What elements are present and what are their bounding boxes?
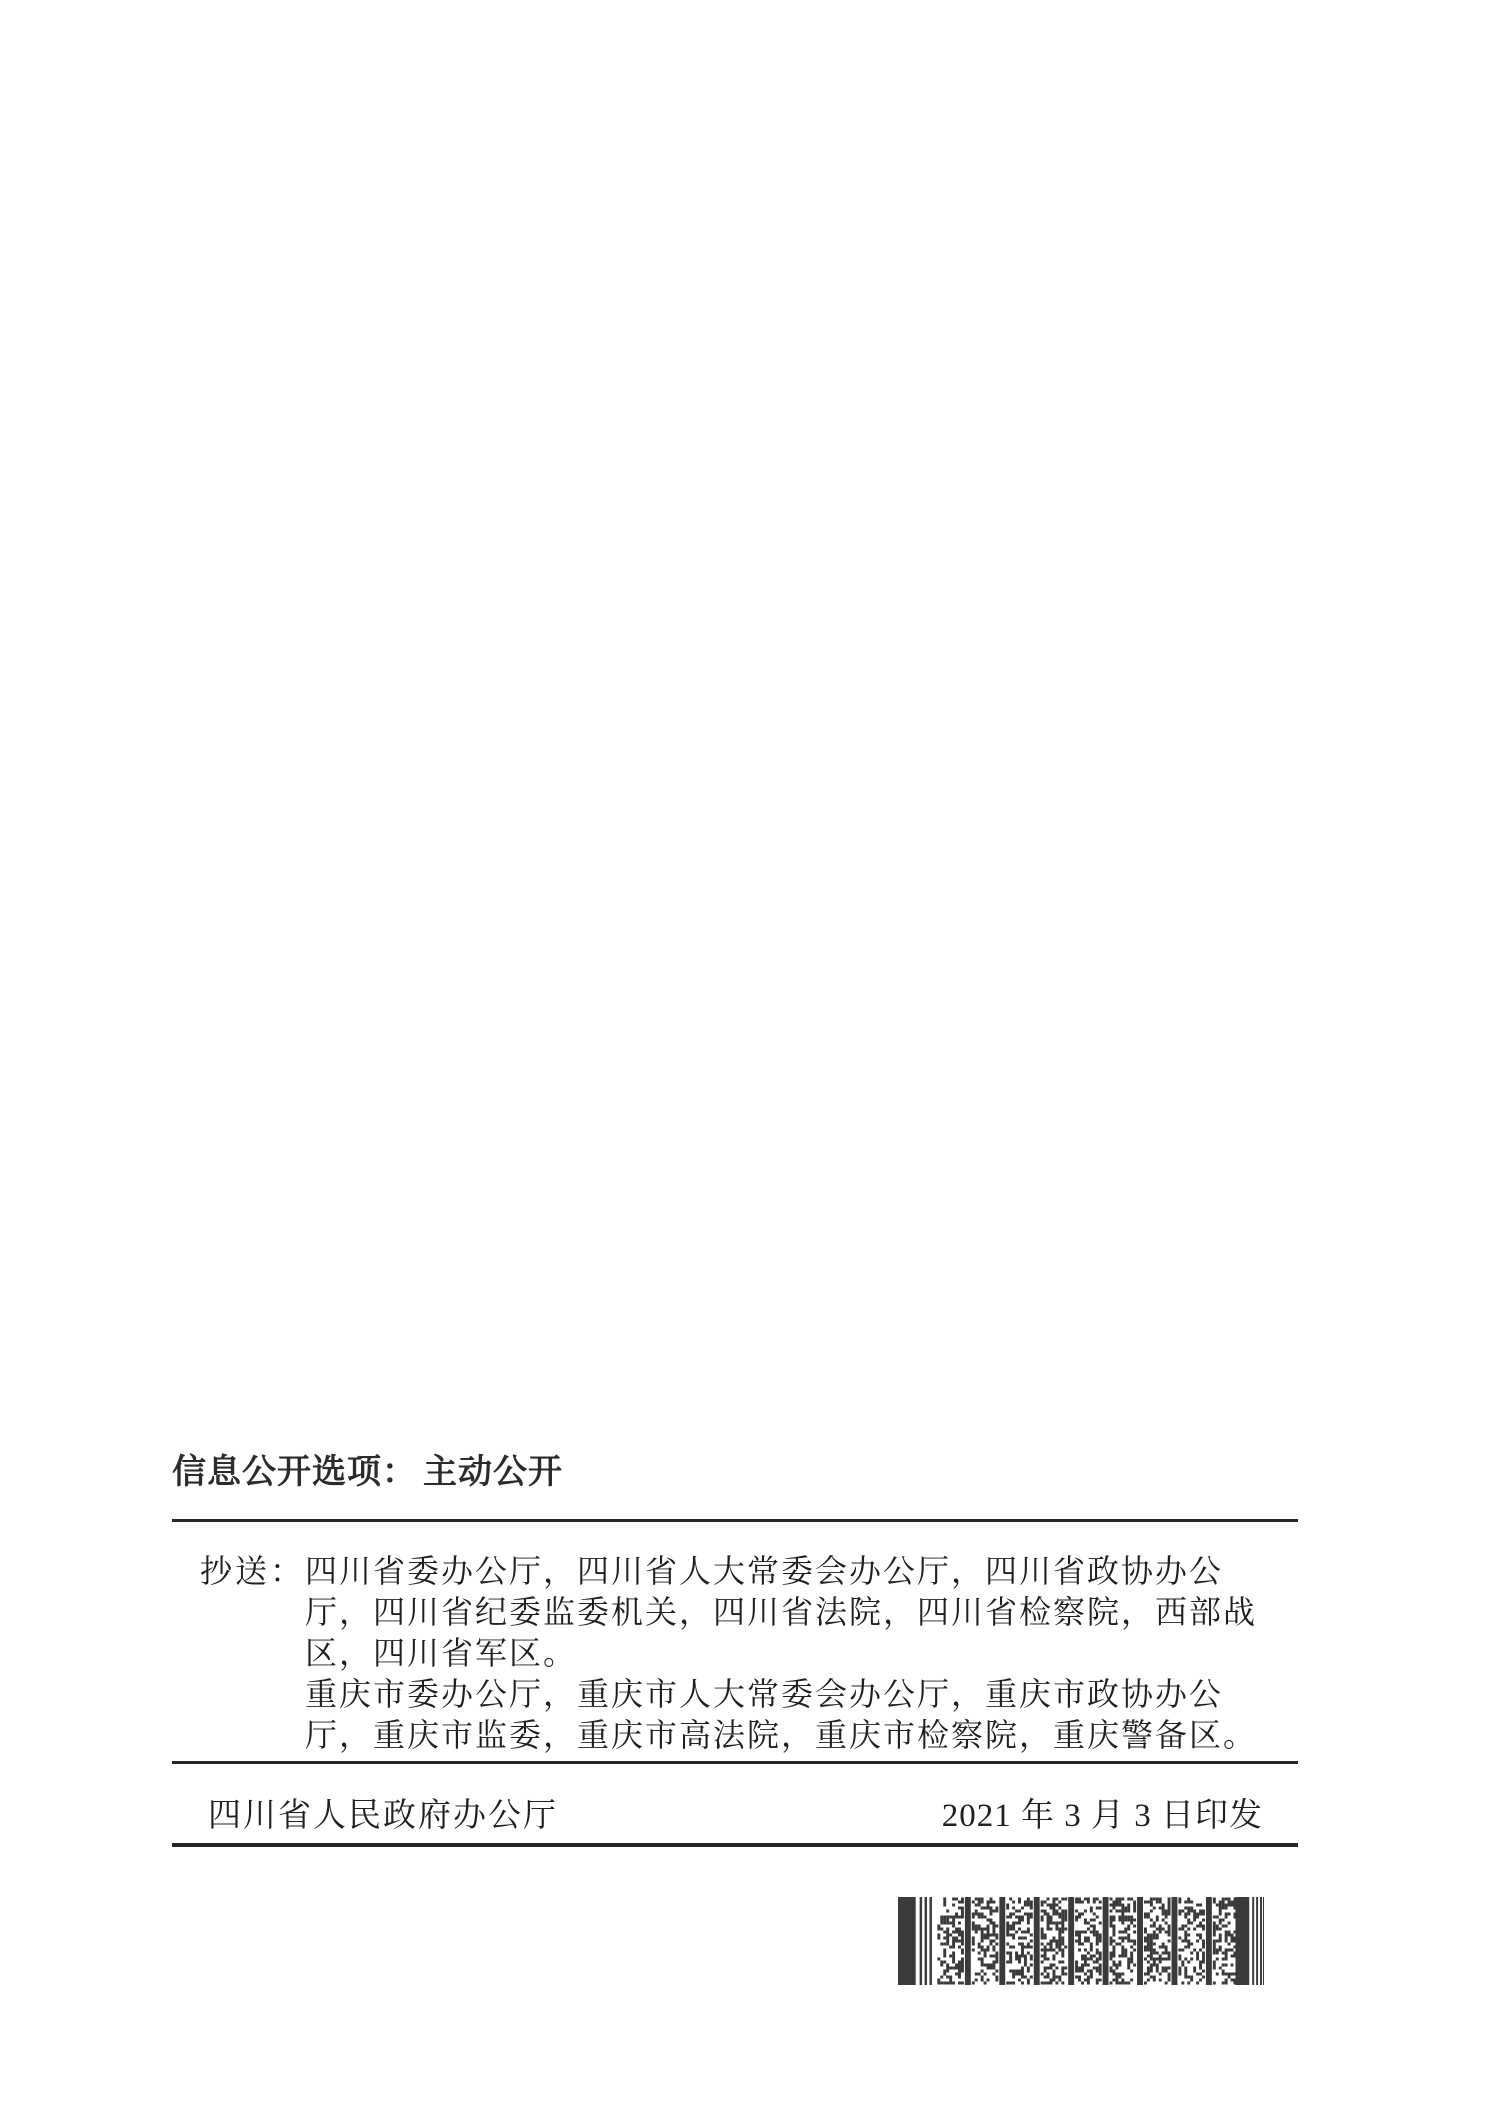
barcode-2d-icon	[898, 1897, 1264, 1985]
cc-line: 重庆市委办公厅，重庆市人大常委会办公厅，重庆市政协办公	[305, 1674, 1257, 1715]
document-page: 信息公开选项：主动公开 抄送： 四川省委办公厅，四川省人大常委会办公厅，四川省政…	[0, 0, 1488, 2105]
cc-line: 区，四川省军区。	[305, 1633, 1257, 1674]
publicity-label: 信息公开选项：	[172, 1453, 417, 1491]
cc-label: 抄送：	[200, 1551, 305, 1592]
rule-bottom	[172, 1843, 1298, 1847]
publicity-value: 主动公开	[423, 1453, 563, 1491]
cc-line: 四川省委办公厅，四川省人大常委会办公厅，四川省政协办公	[305, 1551, 1257, 1592]
issuer-name: 四川省人民政府办公厅	[208, 1789, 558, 1836]
rule-top	[172, 1519, 1298, 1522]
rule-middle	[172, 1761, 1298, 1764]
cc-line: 厅，重庆市监委，重庆市高法院，重庆市检察院，重庆警备区。	[305, 1715, 1257, 1756]
cc-section: 四川省委办公厅，四川省人大常委会办公厅，四川省政协办公 厅，四川省纪委监委机关，…	[305, 1551, 1257, 1756]
cc-line: 厅，四川省纪委监委机关，四川省法院，四川省检察院，西部战	[305, 1592, 1257, 1633]
publicity-line: 信息公开选项：主动公开	[172, 1452, 563, 1492]
print-date: 2021 年 3 月 3 日印发	[942, 1789, 1263, 1836]
